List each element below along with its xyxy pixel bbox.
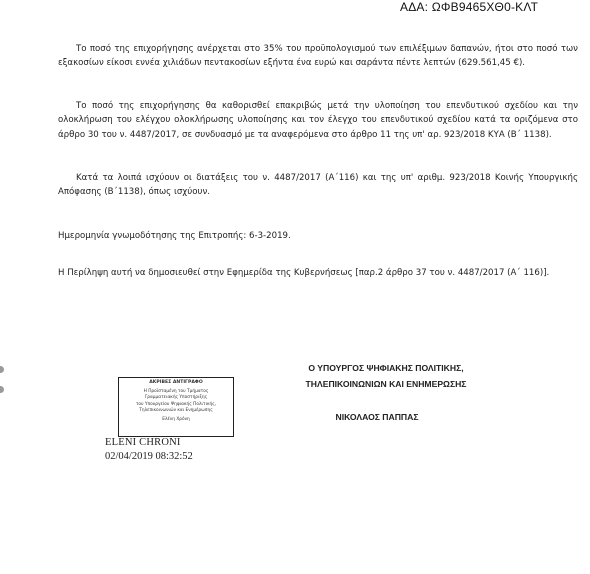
minister-title-line: ΤΗΛΕΠΙΚΟΙΝΩΝΙΩΝ ΚΑΙ ΕΝΗΜΕΡΩΣΗΣ [286,377,486,393]
page-edge-mark [0,386,4,393]
paragraph-text: Κατά τα λοιπά ισχύουν οι διατάξεις του ν… [58,173,578,197]
digital-signer-name: ELENI CHRONI [105,437,181,448]
paragraph-text: Ημερομηνία γνωμοδότησης της Επιτροπής: 6… [58,231,291,241]
minister-title-line: Ο ΥΠΟΥΡΓΟΣ ΨΗΦΙΑΚΗΣ ΠΟΛΙΤΙΚΗΣ, [286,361,486,377]
digital-signature-datetime: 02/04/2019 08:32:52 [105,451,193,462]
paragraph-opinion-date: Ημερομηνία γνωμοδότησης της Επιτροπής: 6… [58,229,578,243]
paragraph-publication: Η Περίληψη αυτή να δημοσιευθεί στην Εφημ… [58,266,578,280]
certified-copy-stamp: ΑΚΡΙΒΕΣ ΑΝΤΙΓΡΑΦΟ Η Προϊσταμένη του Τμήμ… [118,377,234,437]
stamp-signer: Ελένη Χρόνη [119,417,233,423]
paragraph-grant-determination: Το ποσό της επιχορήγησης θα καθορισθεί ε… [58,99,578,142]
minister-name: ΝΙΚΟΛΑΟΣ ΠΑΠΠΑΣ [323,412,431,422]
paragraph-text: Το ποσό της επιχορήγησης ανέρχεται στο 3… [58,44,578,68]
paragraph-other-provisions: Κατά τα λοιπά ισχύουν οι διατάξεις του ν… [58,171,578,200]
paragraph-text: Το ποσό της επιχορήγησης θα καθορισθεί ε… [58,101,578,140]
ada-code: ΑΔΑ: ΩΦΒ9465ΧΘ0-ΚΛΤ [400,0,538,14]
paragraph-grant-amount: Το ποσό της επιχορήγησης ανέρχεται στο 3… [58,42,578,71]
page-edge-mark [0,366,4,373]
paragraph-text: Η Περίληψη αυτή να δημοσιευθεί στην Εφημ… [58,268,549,278]
minister-title: Ο ΥΠΟΥΡΓΟΣ ΨΗΦΙΑΚΗΣ ΠΟΛΙΤΙΚΗΣ, ΤΗΛΕΠΙΚΟΙ… [286,361,486,392]
stamp-line: του Υπουργείου Ψηφιακής Πολιτικής, [119,402,233,408]
